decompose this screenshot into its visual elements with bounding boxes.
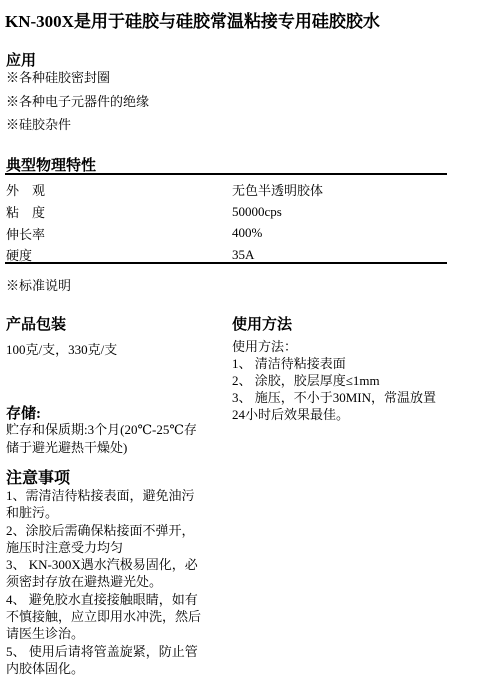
precautions-list: 1、需清洁待粘接表面，避免油污 和脏污。 2、涂胶后需确保粘接面不弹开， 施压时… xyxy=(6,487,201,677)
section-heading-usage: 使用方法 xyxy=(232,313,292,334)
table-row: 外 观 无色半透明胶体 xyxy=(6,179,447,201)
application-item: ※硅胶杂件 xyxy=(6,113,149,137)
table-row: 伸长率 400% xyxy=(6,222,447,244)
section-heading-packaging: 产品包装 xyxy=(6,313,66,334)
storage-line: 储于避光避热干燥处) xyxy=(6,439,197,457)
precaution-line: 不慎接触，应立即用水冲洗，然后 xyxy=(6,608,201,625)
precaution-line: 和脏污。 xyxy=(6,504,201,521)
table-rule-bottom xyxy=(5,262,447,264)
packaging-text: 100克/支，330克/支 xyxy=(6,339,117,358)
property-label: 伸长率 xyxy=(6,224,232,243)
application-item: ※各种电子元器件的绝缘 xyxy=(6,90,149,114)
document-title: KN-300X是用于硅胶与硅胶常温粘接专用硅胶胶水 xyxy=(5,7,380,32)
precaution-line: 5、 使用后请将管盖旋紧，防止管 xyxy=(6,643,201,660)
applications-list: ※各种硅胶密封圈 ※各种电子元器件的绝缘 ※硅胶杂件 xyxy=(6,66,149,137)
usage-line: 24小时后效果最佳。 xyxy=(232,406,436,423)
usage-line: 2、 涂胶，胶层厚度≤1mm xyxy=(232,372,436,389)
property-value: 400% xyxy=(232,225,262,241)
precaution-line: 内胶体固化。 xyxy=(6,660,201,677)
property-value: 无色半透明胶体 xyxy=(232,180,323,199)
properties-table: 外 观 无色半透明胶体 粘 度 50000cps 伸长率 400% 硬度 35A xyxy=(6,179,447,266)
precaution-line: 1、需清洁待粘接表面，避免油污 xyxy=(6,487,201,504)
precaution-line: 须密封存放在避热避光处。 xyxy=(6,573,201,590)
usage-instructions: 使用方法： 1、 清洁待粘接表面 2、 涂胶，胶层厚度≤1mm 3、 施压，不小… xyxy=(232,338,436,423)
storage-line: 贮存和保质期:3个月(20℃-25℃存 xyxy=(6,421,197,439)
section-heading-properties: 典型物理特性 xyxy=(6,154,96,175)
usage-line: 使用方法： xyxy=(232,338,436,355)
precaution-line: 3、 KN-300X遇水汽极易固化，必 xyxy=(6,556,201,573)
precaution-line: 2、涂胶后需确保粘接面不弹开， xyxy=(6,522,201,539)
property-label: 外 观 xyxy=(6,180,232,199)
standard-note: ※标准说明 xyxy=(6,275,71,294)
property-value: 50000cps xyxy=(232,204,282,220)
section-heading-storage: 存储: xyxy=(6,402,41,423)
precaution-line: 请医生诊治。 xyxy=(6,625,201,642)
table-rule-top xyxy=(5,173,447,175)
property-label: 粘 度 xyxy=(6,202,232,221)
usage-line: 3、 施压，不小于30MIN，常温放置 xyxy=(232,389,436,406)
precaution-line: 4、 避免胶水直接接触眼睛，如有 xyxy=(6,591,201,608)
usage-line: 1、 清洁待粘接表面 xyxy=(232,355,436,372)
application-item: ※各种硅胶密封圈 xyxy=(6,66,149,90)
document-page: KN-300X是用于硅胶与硅胶常温粘接专用硅胶胶水 应用 ※各种硅胶密封圈 ※各… xyxy=(0,0,486,687)
property-value: 35A xyxy=(232,247,254,263)
section-heading-notes: 注意事项 xyxy=(6,465,70,488)
storage-info: 贮存和保质期:3个月(20℃-25℃存 储于避光避热干燥处) xyxy=(6,421,197,456)
precaution-line: 施压时注意受力均匀 xyxy=(6,539,201,556)
table-row: 粘 度 50000cps xyxy=(6,201,447,223)
